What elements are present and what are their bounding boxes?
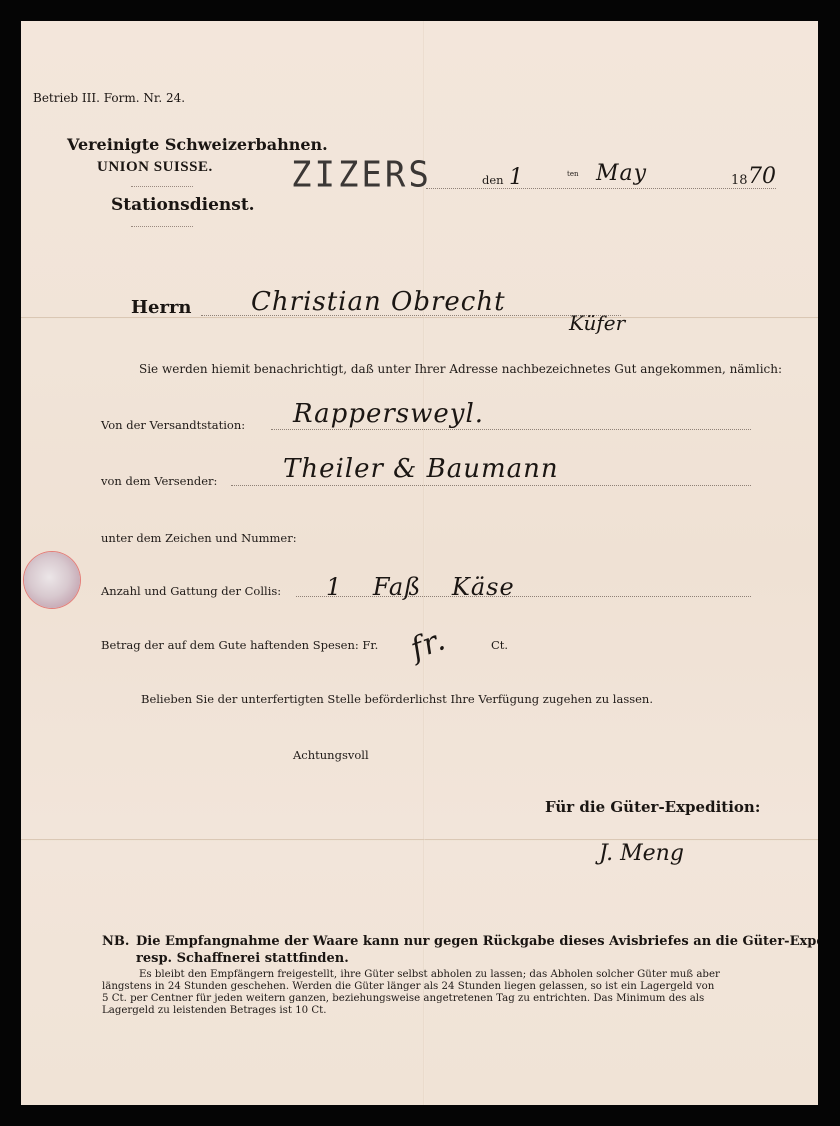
handwritten-charges: fr.	[406, 622, 451, 667]
handwritten-sender: Theiler & Baumann	[283, 454, 559, 484]
den-label: den	[479, 173, 507, 187]
department-title: Stationsdienst.	[111, 195, 255, 215]
terms-line: Lagergeld zu leistenden Betrages ist 10 …	[102, 1005, 327, 1018]
handwritten-occupation: Küfer	[569, 311, 625, 335]
handwritten-signature: J. Meng	[599, 841, 684, 866]
notice-intro: Sie werden hiemit benachrichtigt, daß un…	[139, 362, 782, 376]
nb-text-line2: resp. Schaffnerei stattfinden.	[136, 951, 349, 966]
closing: Achtungsvoll	[293, 748, 369, 762]
request-text: Belieben Sie der unterfertigten Stelle b…	[141, 692, 653, 706]
handwritten-origin-station: Rappersweyl.	[293, 399, 484, 429]
fold-line-lower	[21, 839, 818, 841]
sender-label: von dem Versender:	[101, 474, 217, 488]
company-name-french: UNION SUISSE.	[97, 159, 213, 176]
year-prefix: 18	[729, 173, 750, 188]
terms-line: 5 Ct. per Centner für jeden weitern ganz…	[102, 993, 704, 1006]
station-stamp: ZIZERS	[291, 154, 432, 196]
railway-notice-document: Betrieb III. Form. Nr. 24. Vereinigte Sc…	[21, 21, 818, 1105]
nb-text-line1: Die Empfangnahme der Waare kann nur gege…	[136, 934, 818, 949]
handwritten-recipient-name: Christian Obrecht	[251, 287, 506, 317]
handwritten-year: 70	[748, 164, 776, 189]
marks-number-label: unter dem Zeichen und Nummer:	[101, 531, 297, 545]
salutation: Herrn	[131, 297, 192, 318]
wax-seal	[24, 552, 80, 608]
charges-label: Betrag der auf dem Gute haftenden Spesen…	[101, 638, 378, 652]
terms-line: längstens in 24 Stunden geschehen. Werde…	[102, 981, 714, 994]
day-suffix: ten	[567, 170, 578, 178]
company-name: Vereinigte Schweizerbahnen.	[67, 135, 328, 154]
dateline-dots	[426, 188, 776, 189]
origin-station-label: Von der Versandtstation:	[101, 418, 245, 432]
nb-label: NB.	[102, 934, 129, 949]
handwritten-day: 1	[509, 165, 523, 190]
form-number: Betrieb III. Form. Nr. 24.	[33, 91, 185, 105]
sender-dots	[231, 485, 751, 486]
cents-label: Ct.	[491, 638, 508, 652]
origin-station-dots	[271, 429, 751, 430]
header-divider	[131, 186, 193, 189]
header-divider-bottom	[131, 226, 193, 229]
packages-label: Anzahl und Gattung der Collis:	[101, 584, 281, 598]
expedition-label: Für die Güter-Expedition:	[545, 798, 760, 816]
handwritten-month: May	[596, 161, 647, 186]
handwritten-packages: 1 Faß Käse	[326, 573, 515, 601]
terms-line: Es bleibt den Empfängern freigestellt, i…	[139, 969, 720, 982]
